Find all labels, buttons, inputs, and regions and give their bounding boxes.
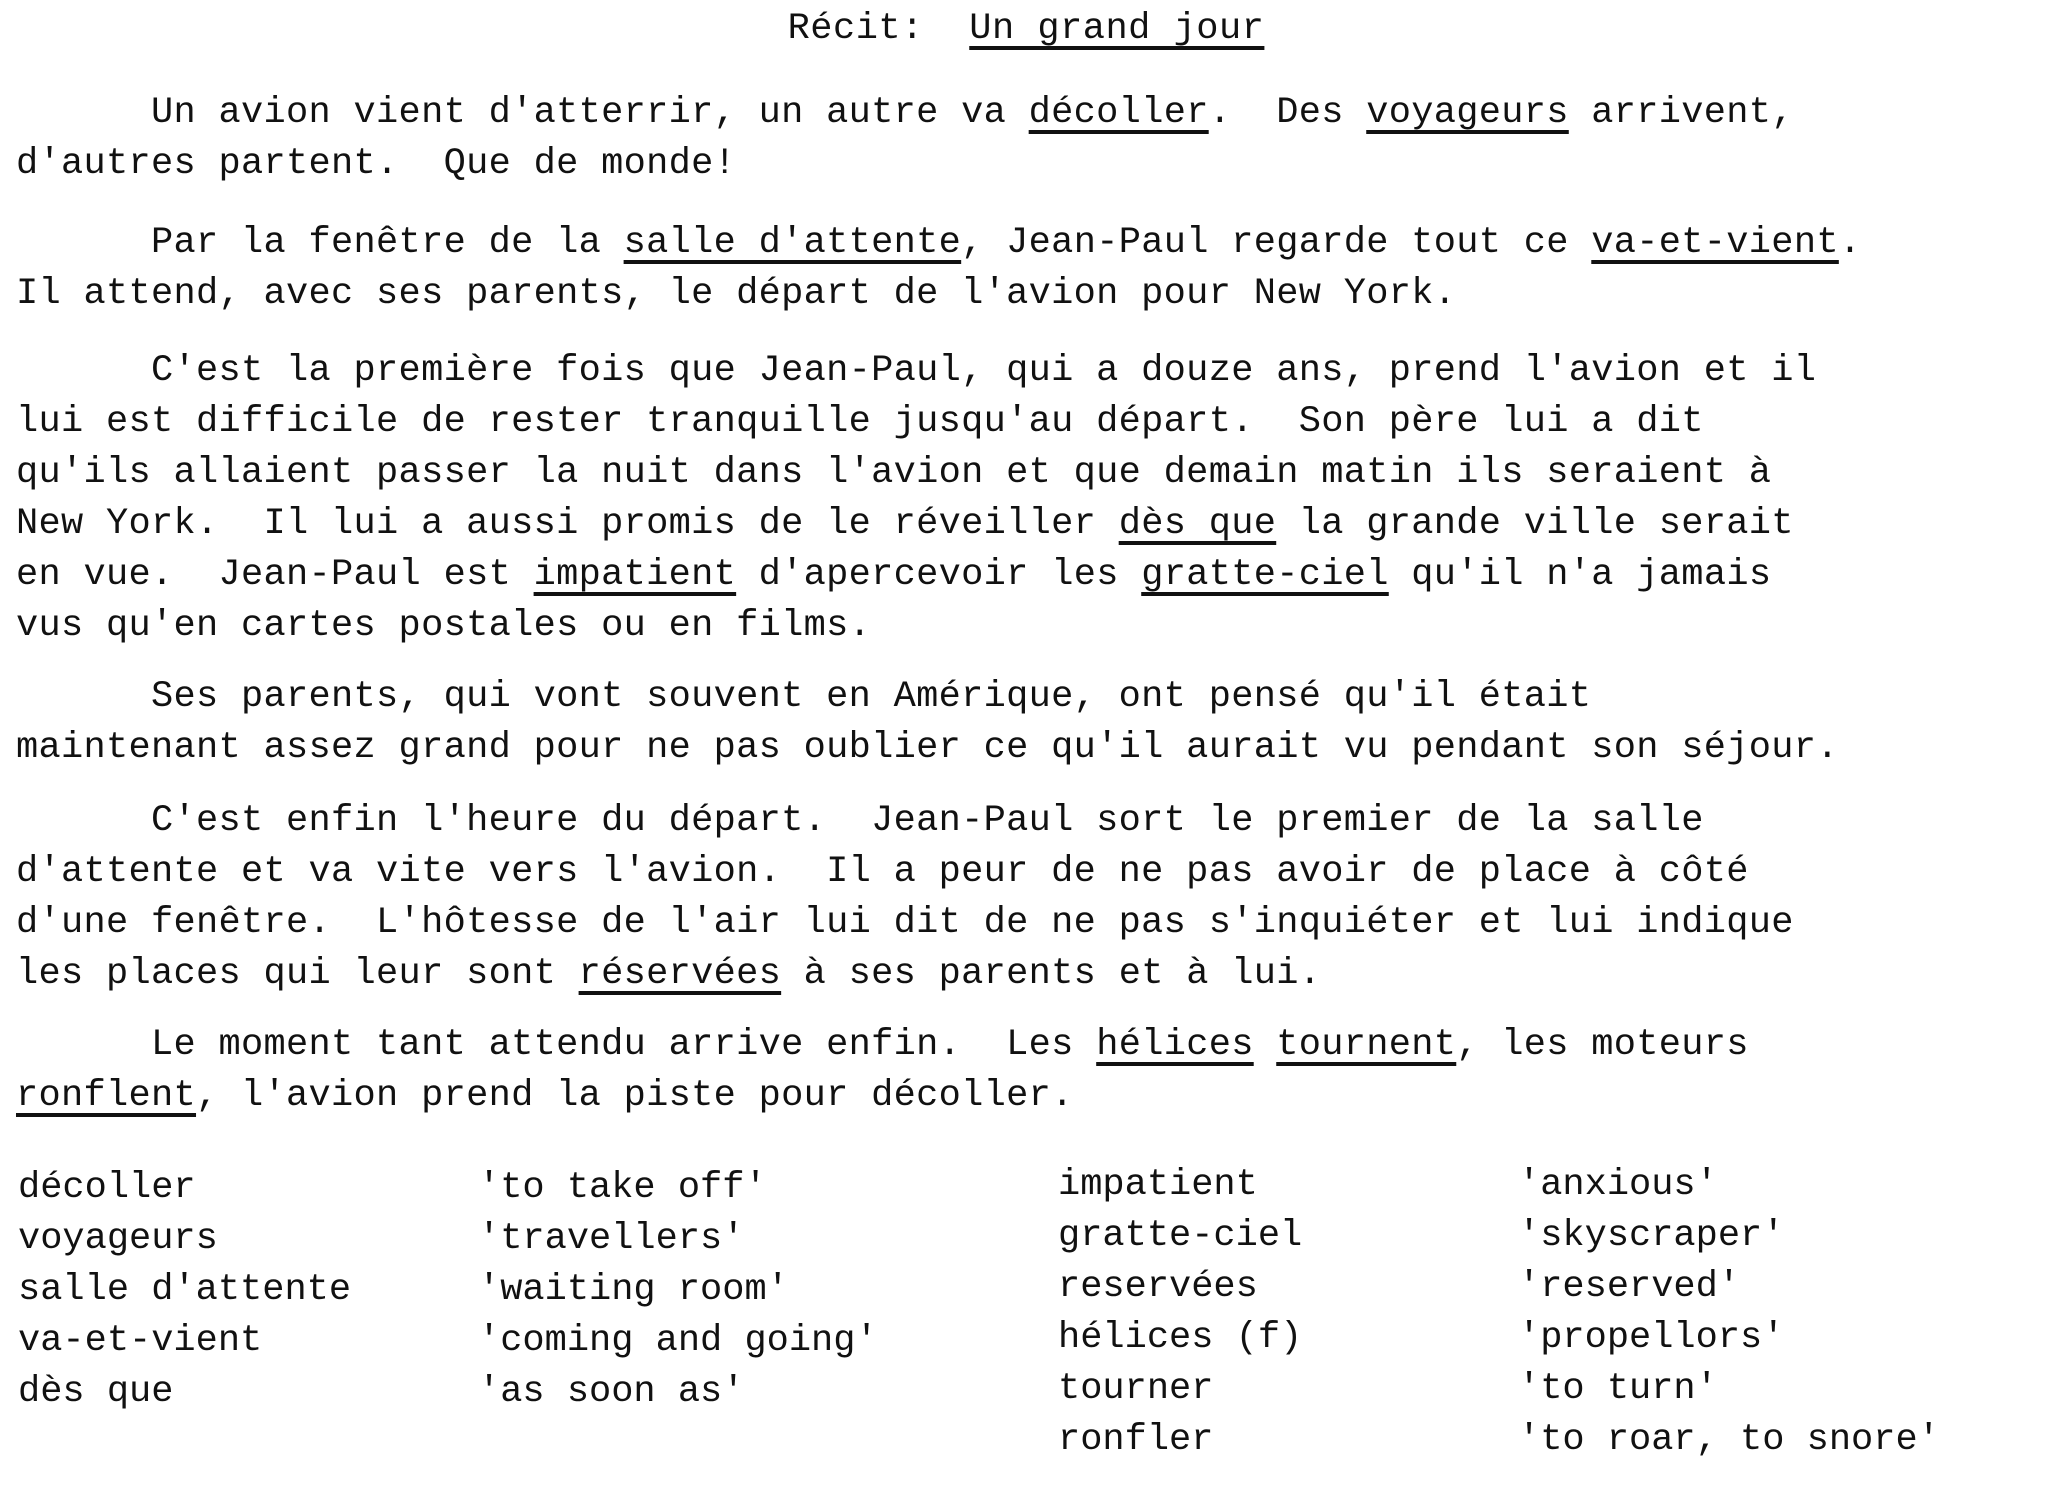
glossary-meaning: 'travellers' (478, 1214, 878, 1265)
glossary-term: gratte-ciel (1058, 1211, 1302, 1262)
glossary-meaning: 'skyscraper' (1518, 1211, 1940, 1262)
vocab-word: tournent (1276, 1024, 1456, 1066)
text-line: Par la fenêtre de la salle d'attente, Je… (16, 218, 2046, 269)
paragraph: C'est enfin l'heure du départ. Jean-Paul… (16, 796, 2046, 1000)
text-run: qu'il n'a jamais (1389, 554, 1772, 596)
glossary-meaning: 'propellors' (1518, 1313, 1940, 1364)
glossary-term: reservées (1058, 1262, 1302, 1313)
text-line: New York. Il lui a aussi promis de le ré… (16, 499, 2046, 550)
text-run: d'apercevoir les (736, 554, 1141, 596)
glossary-meaning: 'to turn' (1518, 1364, 1940, 1415)
glossary-term: salle d'attente (18, 1265, 351, 1316)
paragraph: Un avion vient d'atterrir, un autre va d… (16, 88, 2046, 190)
vocab-word: impatient (534, 554, 737, 596)
vocab-word: salle d'attente (624, 222, 962, 264)
text-run (1254, 1024, 1277, 1066)
text-run: d'attente et va vite vers l'avion. Il a … (16, 851, 1749, 893)
text-run: New York. Il lui a aussi promis de le ré… (16, 503, 1119, 545)
text-line: Le moment tant attendu arrive enfin. Les… (16, 1020, 2046, 1071)
text-run: en vue. Jean-Paul est (16, 554, 534, 596)
text-run: maintenant assez grand pour ne pas oubli… (16, 727, 1839, 769)
glossary-term: décoller (18, 1163, 351, 1214)
text-line: Un avion vient d'atterrir, un autre va d… (16, 88, 2046, 139)
glossary-term: voyageurs (18, 1214, 351, 1265)
glossary-right-terms: impatientgratte-cielreservéeshélices (f)… (1058, 1160, 1302, 1466)
glossary-left-meanings: 'to take off''travellers''waiting room''… (478, 1163, 878, 1418)
text-run: qu'ils allaient passer la nuit dans l'av… (16, 452, 1771, 494)
glossary-meaning: 'coming and going' (478, 1316, 878, 1367)
text-run: les places qui leur sont (16, 953, 579, 995)
text-line: les places qui leur sont réservées à ses… (16, 949, 2046, 1000)
glossary-term: ronfler (1058, 1415, 1302, 1466)
paragraph: C'est la première fois que Jean-Paul, qu… (16, 346, 2046, 652)
vocab-word: dès que (1119, 503, 1277, 545)
glossary-meaning: 'to take off' (478, 1163, 878, 1214)
vocab-word: décoller (1029, 92, 1209, 134)
text-run: C'est la première fois que Jean-Paul, qu… (16, 350, 1816, 392)
glossary-meaning: 'reserved' (1518, 1262, 1940, 1313)
vocab-word: ronflent (16, 1075, 196, 1117)
glossary-term: dès que (18, 1367, 351, 1418)
text-line: Ses parents, qui vont souvent en Amériqu… (16, 672, 2046, 723)
text-line: vus qu'en cartes postales ou en films. (16, 601, 2046, 652)
text-run: la grande ville serait (1276, 503, 1794, 545)
text-run: à ses parents et à lui. (781, 953, 1321, 995)
glossary-meaning: 'anxious' (1518, 1160, 1940, 1211)
glossary-term: va-et-vient (18, 1316, 351, 1367)
vocab-word: hélices (1096, 1024, 1254, 1066)
story-title: Récit: Un grand jour (0, 8, 2052, 50)
text-run: d'une fenêtre. L'hôtesse de l'air lui di… (16, 902, 1794, 944)
text-line: Il attend, avec ses parents, le départ d… (16, 269, 2046, 320)
title-heading: Un grand jour (969, 8, 1264, 50)
text-line: maintenant assez grand pour ne pas oubli… (16, 723, 2046, 774)
text-run: , Jean-Paul regarde tout ce (961, 222, 1591, 264)
title-label: Récit: (788, 8, 924, 50)
text-run: arrivent, (1569, 92, 1794, 134)
text-line: C'est enfin l'heure du départ. Jean-Paul… (16, 796, 2046, 847)
glossary-right-meanings: 'anxious''skyscraper''reserved''propello… (1518, 1160, 1940, 1466)
text-line: d'une fenêtre. L'hôtesse de l'air lui di… (16, 898, 2046, 949)
text-run: , l'avion prend la piste pour décoller. (196, 1075, 1074, 1117)
glossary-meaning: 'to roar, to snore' (1518, 1415, 1940, 1466)
glossary-meaning: 'waiting room' (478, 1265, 878, 1316)
vocab-word: gratte-ciel (1141, 554, 1389, 596)
text-run: vus qu'en cartes postales ou en films. (16, 605, 871, 647)
text-line: d'attente et va vite vers l'avion. Il a … (16, 847, 2046, 898)
paragraph: Par la fenêtre de la salle d'attente, Je… (16, 218, 2046, 320)
text-run: . Des (1209, 92, 1367, 134)
text-line: C'est la première fois que Jean-Paul, qu… (16, 346, 2046, 397)
glossary-term: tourner (1058, 1364, 1302, 1415)
paragraph: Le moment tant attendu arrive enfin. Les… (16, 1020, 2046, 1122)
text-run: . (1839, 222, 1862, 264)
glossary-left-terms: décollervoyageurssalle d'attenteva-et-vi… (18, 1163, 351, 1418)
text-run: Un avion vient d'atterrir, un autre va (16, 92, 1029, 134)
text-run: Il attend, avec ses parents, le départ d… (16, 273, 1456, 315)
paragraph: Ses parents, qui vont souvent en Amériqu… (16, 672, 2046, 774)
glossary-term: hélices (f) (1058, 1313, 1302, 1364)
text-run: Par la fenêtre de la (16, 222, 624, 264)
vocab-word: voyageurs (1366, 92, 1569, 134)
text-run: Ses parents, qui vont souvent en Amériqu… (16, 676, 1591, 718)
text-run: d'autres partent. Que de monde! (16, 143, 736, 185)
text-run: Le moment tant attendu arrive enfin. Les (16, 1024, 1096, 1066)
text-run: , les moteurs (1456, 1024, 1749, 1066)
text-line: lui est difficile de rester tranquille j… (16, 397, 2046, 448)
glossary-term: impatient (1058, 1160, 1302, 1211)
text-line: ronflent, l'avion prend la piste pour dé… (16, 1071, 2046, 1122)
text-line: d'autres partent. Que de monde! (16, 139, 2046, 190)
text-line: en vue. Jean-Paul est impatient d'aperce… (16, 550, 2046, 601)
text-line: qu'ils allaient passer la nuit dans l'av… (16, 448, 2046, 499)
glossary-meaning: 'as soon as' (478, 1367, 878, 1418)
vocab-word: va-et-vient (1591, 222, 1839, 264)
vocab-word: réservées (579, 953, 782, 995)
text-run: lui est difficile de rester tranquille j… (16, 401, 1704, 443)
text-run: C'est enfin l'heure du départ. Jean-Paul… (16, 800, 1704, 842)
